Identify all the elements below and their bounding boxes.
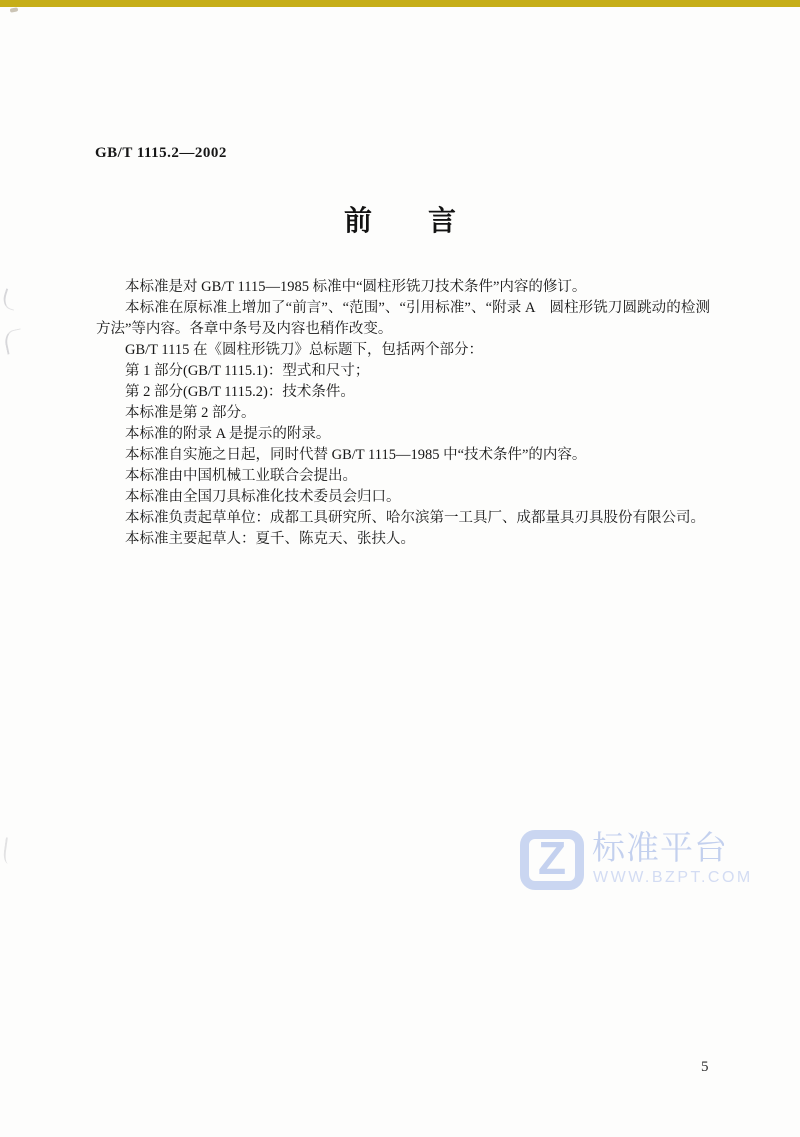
foreword-paragraph: 本标准在原标准上增加了“前言”、“范围”、“引用标准”、“附录 A 圆柱形铣刀圆… (96, 298, 710, 340)
scanned-document-page: { "page": { "doc_number": "GB/T 1115.2—2… (0, 0, 800, 1137)
foreword-paragraph: 本标准的附录 A 是提示的附录。 (96, 424, 710, 445)
page-title: 前 言 (0, 199, 800, 239)
foreword-body: 本标准是对 GB/T 1115—1985 标准中“圆柱形铣刀技术条件”内容的修订… (96, 277, 710, 550)
page-number: 5 (701, 1059, 709, 1076)
scan-artifact (0, 288, 19, 310)
foreword-paragraph: 本标准负责起草单位：成都工具研究所、哈尔滨第一工具厂、成都量具刃具股份有限公司。 (96, 508, 710, 529)
foreword-paragraph: 本标准自实施之日起，同时代替 GB/T 1115—1985 中“技术条件”的内容… (96, 445, 710, 466)
foreword-paragraph: 本标准是第 2 部分。 (96, 403, 710, 424)
foreword-paragraph: 本标准由中国机械工业联合会提出。 (96, 466, 710, 487)
watermark-site-url: WWW.BZPT.COM (593, 869, 753, 887)
foreword-paragraph: GB/T 1115 在《圆柱形铣刀》总标题下，包括两个部分： (96, 340, 710, 361)
foreword-paragraph: 第 2 部分(GB/T 1115.2)：技术条件。 (96, 382, 710, 403)
bzpt-logo-letter: Z (538, 828, 566, 888)
standard-number: GB/T 1115.2—2002 (95, 145, 227, 162)
foreword-paragraph: 本标准是对 GB/T 1115—1985 标准中“圆柱形铣刀技术条件”内容的修订… (96, 277, 710, 298)
watermark: Z 标准平台 WWW.BZPT.COM (518, 826, 748, 906)
scan-artifact (3, 328, 25, 354)
scan-edge-band (0, 0, 800, 7)
foreword-paragraph: 本标准由全国刀具标准化技术委员会归口。 (96, 487, 710, 508)
watermark-site-name: 标准平台 (592, 830, 728, 866)
foreword-paragraph: 本标准主要起草人：夏千、陈克天、张扶人。 (96, 529, 710, 550)
foreword-paragraph: 第 1 部分(GB/T 1115.1)：型式和尺寸； (96, 361, 710, 382)
scan-artifact (2, 837, 18, 864)
scan-speck (10, 7, 19, 12)
